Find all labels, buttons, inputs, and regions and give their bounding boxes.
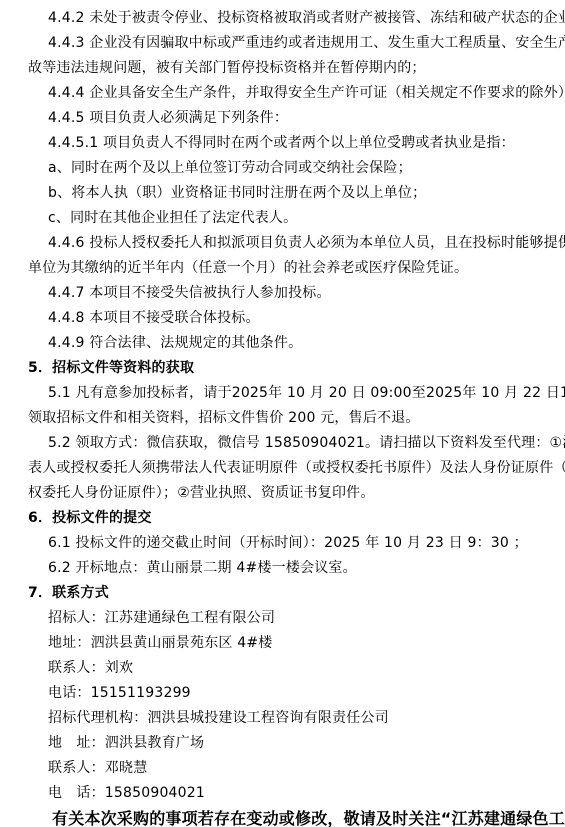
section-heading-5: 5．招标文件等资料的获取 bbox=[28, 356, 539, 381]
clause-5-1-line2: 领取招标文件和相关资料，招标文件售价 200 元，售后不退。 bbox=[28, 406, 539, 431]
clause-4-4-2: 4.4.2 未处于被责令停业、投标资格被取消或者财产被接管、冻结和破产状态的企业… bbox=[28, 6, 539, 31]
clause-4-4-3-line2: 故等违法违规问题，被有关部门暂停投标资格并在暂停期内的； bbox=[28, 56, 539, 81]
section-heading-7: 7．联系方式 bbox=[28, 581, 539, 606]
agency-phone: 电 话：15850904021 bbox=[28, 781, 539, 806]
clause-4-4-4: 4.4.4 企业具备安全生产条件，并取得安全生产许可证（相关规定不作要求的除外）… bbox=[28, 81, 539, 106]
tenderer-name: 招标人：江苏建通绿色工程有限公司 bbox=[28, 606, 539, 631]
tenderer-phone: 电话：15151193299 bbox=[28, 681, 539, 706]
agency-address: 地 址：泗洪县教育广场 bbox=[28, 731, 539, 756]
clause-item-a: a、同时在两个及以上单位签订劳动合同或交纳社会保险； bbox=[28, 156, 539, 181]
clause-4-4-9: 4.4.9 符合法律、法规规定的其他条件。 bbox=[28, 331, 539, 356]
agency-contact: 联系人：邓晓慧 bbox=[28, 756, 539, 781]
clause-5-2-line2-text: 表人或授权委托人须携带法人代表证明原件（或授权委托书原件）及法人身份证原件（或授 bbox=[28, 460, 565, 476]
clause-4-4-3-line1: 4.4.3 企业没有因骗取中标或严重违约或者违规用工、发生重大工程质量、安全生产… bbox=[28, 31, 539, 56]
clause-5-1-line1: 5.1 凡有意参加投标者，请于2025年 10 月 20 日 09:00至202… bbox=[28, 381, 539, 406]
tenderer-contact: 联系人：刘欢 bbox=[28, 656, 539, 681]
clause-4-4-7: 4.4.7 本项目不接受失信被执行人参加投标。 bbox=[28, 281, 539, 306]
clause-5-2-line2: 表人或授权委托人须携带法人代表证明原件（或授权委托书原件）及法人身份证原件（或授 bbox=[28, 456, 539, 481]
clause-4-4-6-line2: 单位为其缴纳的近半年内（任意一个月）的社会养老或医疗保险凭证。 bbox=[28, 256, 539, 281]
clause-4-4-5-1: 4.4.5.1 项目负责人不得同时在两个或者两个以上单位受聘或者执业是指： bbox=[28, 131, 539, 156]
clause-5-2-line3: 权委托人身份证原件）；②营业执照、资质证书复印件。 bbox=[28, 481, 539, 506]
agency-name: 招标代理机构：泗洪县城投建设工程咨询有限责任公司 bbox=[28, 706, 539, 731]
clause-4-4-6-line1: 4.4.6 投标人授权委托人和拟派项目负责人必须为本单位人员，且在投标时能够提供… bbox=[28, 231, 539, 256]
clause-6-2: 6.2 开标地点：黄山丽景二期 4#楼一楼会议室。 bbox=[28, 556, 539, 581]
section-heading-6: 6．投标文件的提交 bbox=[28, 506, 539, 531]
clause-6-1: 6.1 投标文件的递交截止时间（开标时间）：2025 年 10 月 23 日 9… bbox=[28, 531, 539, 556]
clause-item-b: b、将本人执（职）业资格证书同时注册在两个及以上单位； bbox=[28, 181, 539, 206]
tenderer-address: 地址：泗洪县黄山丽景苑东区 4#楼 bbox=[28, 631, 539, 656]
notice-footer: 有关本次采购的事项若存在变动或修改，敬请及时关注“江苏建通绿色工 bbox=[28, 806, 539, 827]
clause-4-4-8: 4.4.8 本项目不接受联合体投标。 bbox=[28, 306, 539, 331]
clause-5-2-line1: 5.2 领取方式：微信获取，微信号 15850904021。请扫描以下资料发至代… bbox=[28, 431, 539, 456]
document-page: 4.4.2 未处于被责令停业、投标资格被取消或者财产被接管、冻结和破产状态的企业… bbox=[0, 0, 565, 827]
clause-item-c: c、同时在其他企业担任了法定代表人。 bbox=[28, 206, 539, 231]
clause-4-4-5: 4.4.5 项目负责人必须满足下列条件： bbox=[28, 106, 539, 131]
